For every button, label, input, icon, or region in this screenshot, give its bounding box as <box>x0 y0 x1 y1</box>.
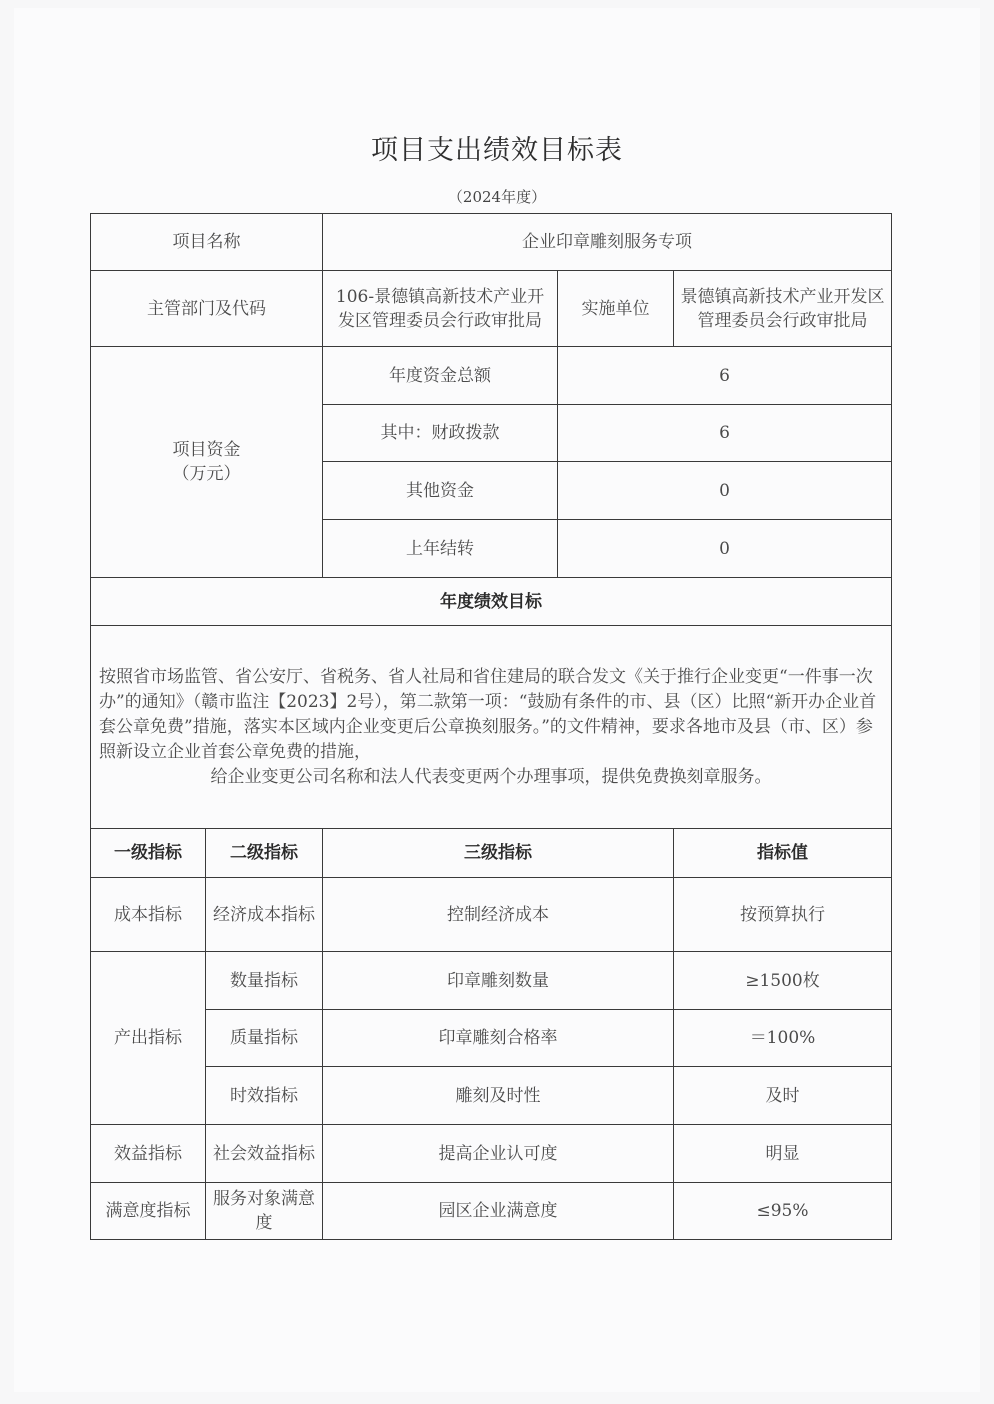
indicator-level2: 服务对象满意度 <box>206 1183 323 1240</box>
indicator-level3: 雕刻及时性 <box>323 1067 674 1125</box>
indicator-level2: 时效指标 <box>206 1067 323 1125</box>
indicator-value: ≥1500枚 <box>674 952 892 1010</box>
indicator-row: 产出指标 数量指标 印章雕刻数量 ≥1500枚 <box>91 952 892 1010</box>
indicator-level3: 控制经济成本 <box>323 878 674 952</box>
indicator-row: 成本指标 经济成本指标 控制经济成本 按预算执行 <box>91 878 892 952</box>
row-project-name: 项目名称 企业印章雕刻服务专项 <box>91 214 892 271</box>
indicator-level1: 成本指标 <box>91 878 206 952</box>
indicator-level1: 效益指标 <box>91 1125 206 1183</box>
indicator-row: 时效指标 雕刻及时性 及时 <box>91 1067 892 1125</box>
indicator-value: 按预算执行 <box>674 878 892 952</box>
funds-row-label: 上年结转 <box>323 520 558 578</box>
project-name-value: 企业印章雕刻服务专项 <box>323 214 892 271</box>
goals-text-last: 给企业变更公司名称和法人代表变更两个办理事项，提供免费换刻章服务。 <box>99 765 883 790</box>
funds-row-label: 年度资金总额 <box>323 347 558 405</box>
indicator-level3: 印章雕刻合格率 <box>323 1010 674 1067</box>
funds-row-value: 6 <box>558 405 892 462</box>
funds-label-line2: （万元） <box>173 464 241 484</box>
impl-unit-value: 景德镇高新技术产业开发区管理委员会行政审批局 <box>674 271 892 347</box>
indicator-level1: 产出指标 <box>91 952 206 1125</box>
row-goals-text: 按照省市场监管、省公安厅、省税务、省人社局和省住建局的联合发文《关于推行企业变更… <box>91 626 892 829</box>
performance-target-table: 项目名称 企业印章雕刻服务专项 主管部门及代码 106-景德镇高新技术产业开发区… <box>90 213 892 1240</box>
indicator-level1: 满意度指标 <box>91 1183 206 1240</box>
row-department: 主管部门及代码 106-景德镇高新技术产业开发区管理委员会行政审批局 实施单位 … <box>91 271 892 347</box>
goals-paragraph: 按照省市场监管、省公安厅、省税务、省人社局和省住建局的联合发文《关于推行企业变更… <box>91 626 892 829</box>
indicator-level2: 经济成本指标 <box>206 878 323 952</box>
indicator-value: ≤95% <box>674 1183 892 1240</box>
indicator-value: 及时 <box>674 1067 892 1125</box>
header-level2: 二级指标 <box>206 829 323 878</box>
indicator-level2: 数量指标 <box>206 952 323 1010</box>
row-indicator-headers: 一级指标 二级指标 三级指标 指标值 <box>91 829 892 878</box>
indicator-row: 效益指标 社会效益指标 提高企业认可度 明显 <box>91 1125 892 1183</box>
indicator-level2: 社会效益指标 <box>206 1125 323 1183</box>
funds-row-value: 0 <box>558 520 892 578</box>
funds-row-label: 其他资金 <box>323 462 558 520</box>
header-value: 指标值 <box>674 829 892 878</box>
goals-text-main: 按照省市场监管、省公安厅、省税务、省人社局和省住建局的联合发文《关于推行企业变更… <box>99 667 876 762</box>
indicator-level3: 印章雕刻数量 <box>323 952 674 1010</box>
indicator-value: ＝100% <box>674 1010 892 1067</box>
header-level3: 三级指标 <box>323 829 674 878</box>
indicator-level2: 质量指标 <box>206 1010 323 1067</box>
row-funds-total: 项目资金 （万元） 年度资金总额 6 <box>91 347 892 405</box>
project-name-label: 项目名称 <box>91 214 323 271</box>
indicator-level3: 提高企业认可度 <box>323 1125 674 1183</box>
header-level1: 一级指标 <box>91 829 206 878</box>
indicator-value: 明显 <box>674 1125 892 1183</box>
document-title: 项目支出绩效目标表 <box>0 128 994 167</box>
dept-label: 主管部门及代码 <box>91 271 323 347</box>
funds-row-value: 0 <box>558 462 892 520</box>
impl-unit-label: 实施单位 <box>558 271 674 347</box>
indicator-row: 满意度指标 服务对象满意度 园区企业满意度 ≤95% <box>91 1183 892 1240</box>
funds-row-value: 6 <box>558 347 892 405</box>
funds-label: 项目资金 （万元） <box>91 347 323 578</box>
funds-row-label: 其中：财政拨款 <box>323 405 558 462</box>
document-subtitle: （2024年度） <box>0 186 994 207</box>
dept-value: 106-景德镇高新技术产业开发区管理委员会行政审批局 <box>323 271 558 347</box>
funds-label-line1: 项目资金 <box>173 440 241 460</box>
indicator-level3: 园区企业满意度 <box>323 1183 674 1240</box>
row-goals-heading: 年度绩效目标 <box>91 578 892 626</box>
indicator-row: 质量指标 印章雕刻合格率 ＝100% <box>91 1010 892 1067</box>
goals-heading: 年度绩效目标 <box>91 578 892 626</box>
